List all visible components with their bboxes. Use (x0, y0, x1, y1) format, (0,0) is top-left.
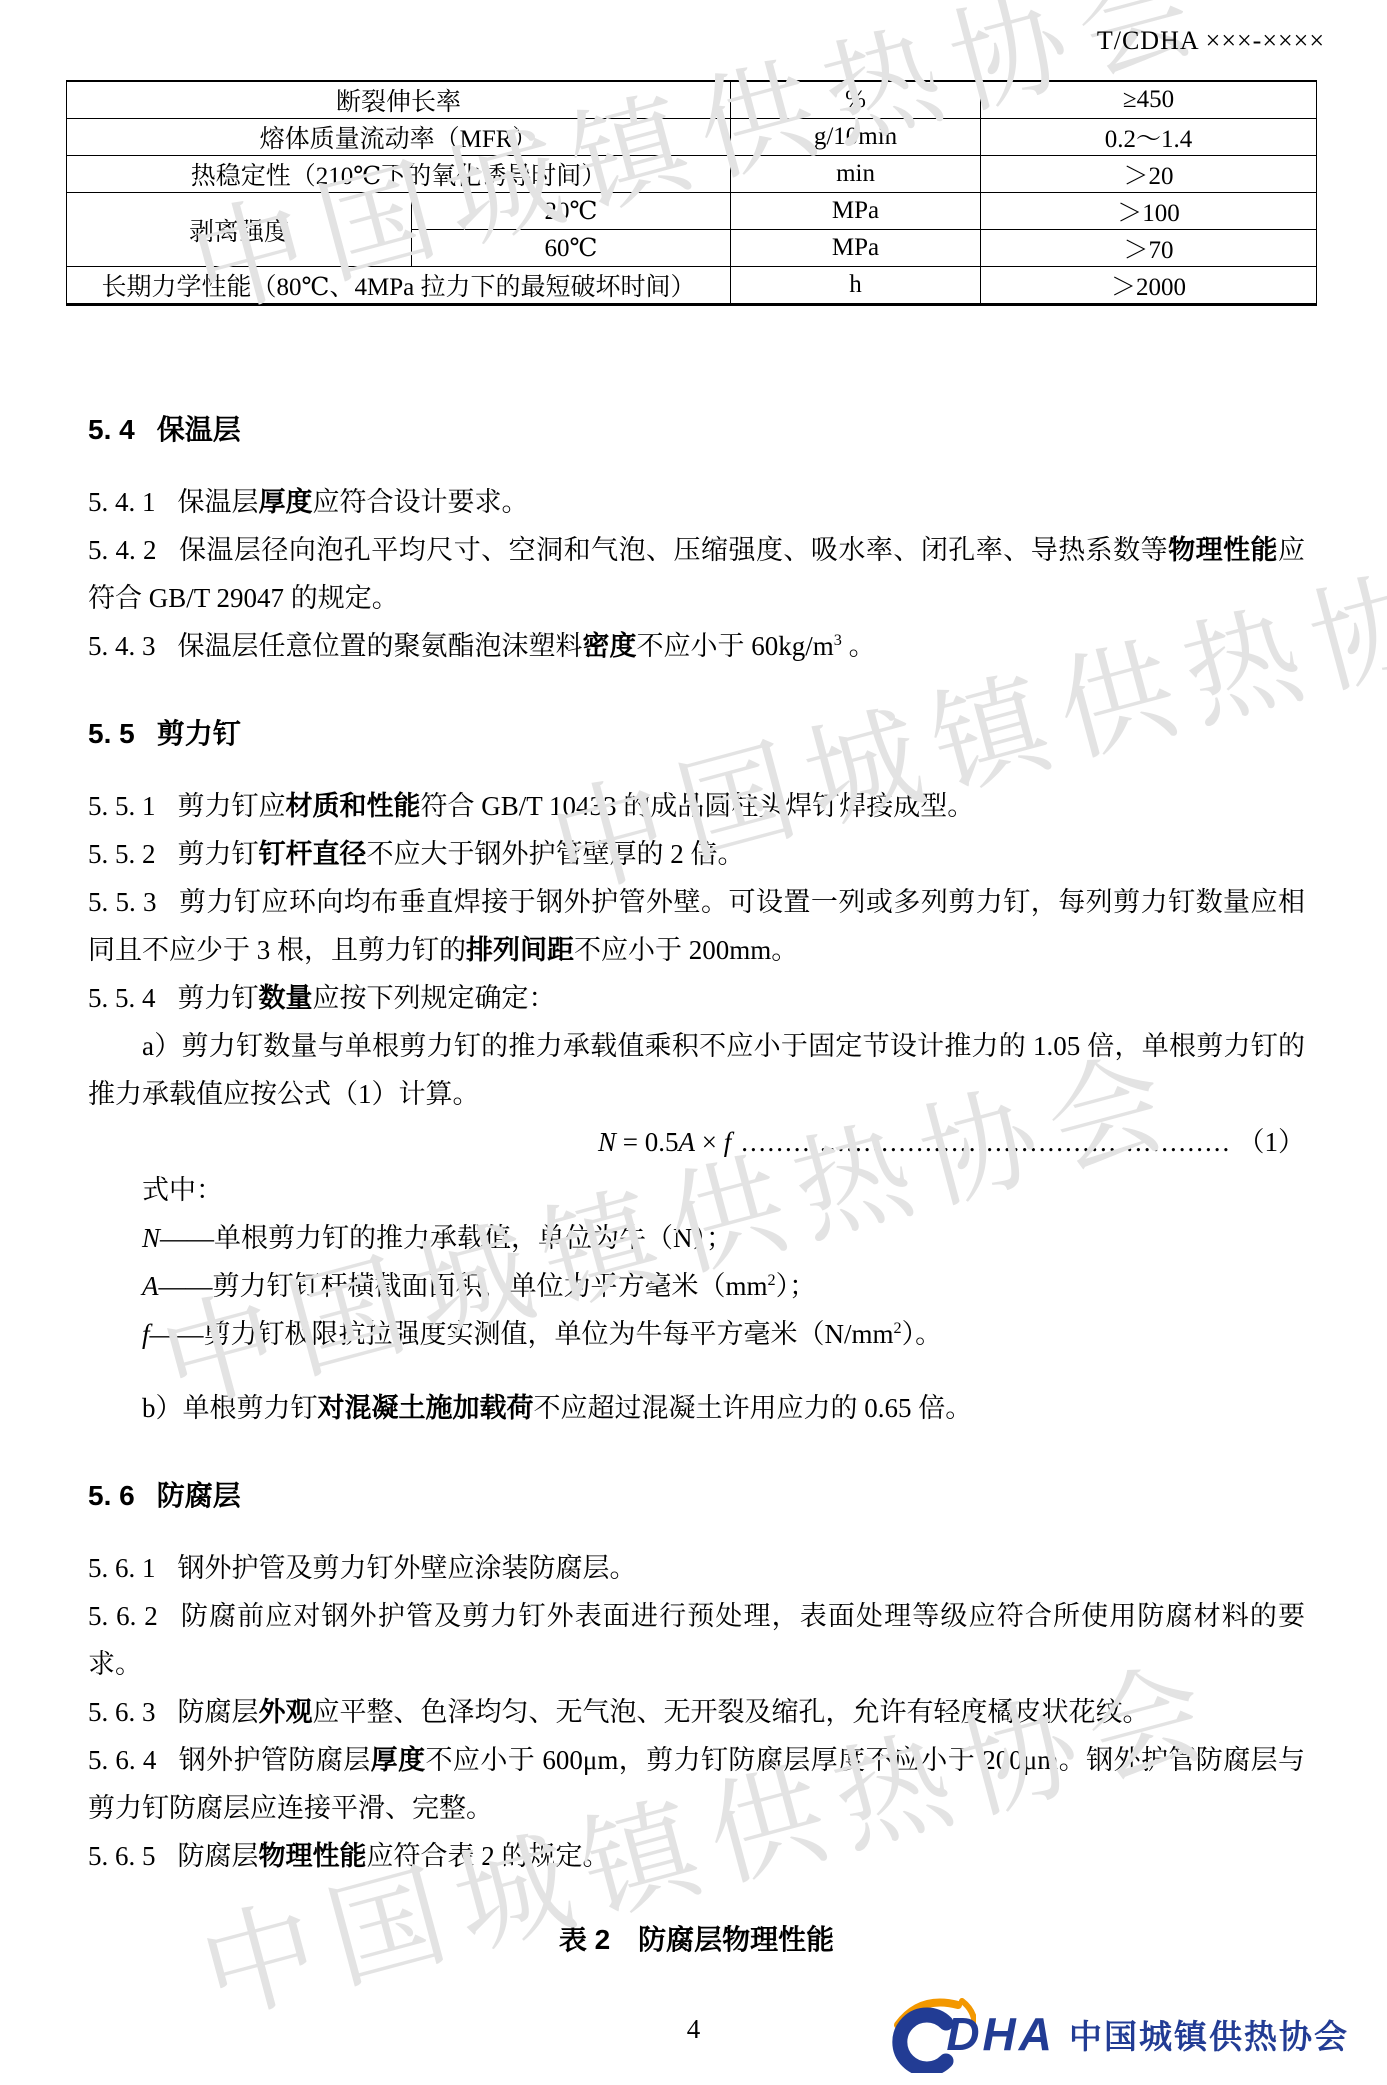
text-segment: N (598, 1127, 616, 1157)
clause-paragraph: 5. 5. 2剪力钉钉杆直径不应大于钢外护管壁厚的 2 倍。 (88, 830, 1305, 878)
formula-number: （1） (1238, 1118, 1306, 1166)
section-heading: 5. 4保温层 (88, 412, 1305, 448)
value-cell: ＞100 (981, 193, 1317, 230)
unit-cell: min (731, 156, 981, 193)
text-segment: 外观 (259, 1697, 313, 1727)
paragraph: a）剪力钉数量与单根剪力钉的推力承载值乘积不应小于固定节设计推力的 1.05 倍… (88, 1022, 1305, 1118)
text-segment: 密度 (583, 631, 637, 661)
property-cell: 剥离强度 (67, 193, 412, 267)
clause-number: 5. 6. 4 (88, 1745, 156, 1775)
text-segment: ）； (776, 1271, 817, 1301)
clause-paragraph: 5. 6. 4钢外护管防腐层厚度不应小于 600μm，剪力钉防腐层厚度不应小于 … (88, 1736, 1305, 1832)
text-segment: 防腐层 (178, 1697, 259, 1727)
text-segment: 符合 GB/T 10433 的成品圆柱头焊钉焊接成型。 (421, 791, 975, 821)
paragraph: f——剪力钉极限抗拉强度实测值，单位为牛每平方毫米（N/mm2）。 (88, 1310, 1305, 1358)
value-cell: ≥450 (981, 81, 1317, 119)
logo-abbr: DHA (946, 2007, 1055, 2061)
clause-number: 5. 5. 4 (88, 983, 156, 1013)
clause-number: 5. 6. 3 (88, 1697, 156, 1727)
text-segment: ）。 (902, 1319, 943, 1349)
text-segment: 3 (834, 631, 842, 649)
text-segment: 应按下列规定确定： (313, 983, 556, 1013)
text-segment: A (679, 1127, 696, 1157)
text-segment: 不应小于 200mm。 (574, 935, 798, 965)
text-segment: × (695, 1127, 724, 1157)
clause-number: 5. 6. 2 (88, 1601, 158, 1631)
section-number: 5. 6 (88, 1480, 135, 1511)
formula-body: N = 0.5A × f (598, 1118, 731, 1166)
cdha-logo: DHA 中国城镇供热协会 (868, 1995, 1349, 2073)
clause-paragraph: 5. 6. 3防腐层外观应平整、色泽均匀、无气泡、无开裂及缩孔，允许有轻度橘皮状… (88, 1688, 1305, 1736)
text-segment: 剪力钉应 (178, 791, 286, 821)
unit-cell: g/10min (731, 119, 981, 156)
text-segment: 对混凝土施加载荷 (318, 1393, 534, 1423)
clause-number: 5. 4. 2 (88, 535, 156, 565)
clause-paragraph: 5. 6. 5防腐层物理性能应符合表 2 的规定。 (88, 1832, 1305, 1880)
clause-number: 5. 5. 2 (88, 839, 156, 869)
clause-number: 5. 4. 1 (88, 487, 156, 517)
text-segment: 厚度 (259, 487, 313, 517)
clause-number: 5. 5. 3 (88, 887, 156, 917)
spec-table-body: 断裂伸长率%≥450熔体质量流动率（MFR）g/10min0.2～1.4热稳定性… (67, 81, 1317, 305)
document-body: 5. 4保温层5. 4. 1保温层厚度应符合设计要求。5. 4. 2保温层径向泡… (88, 412, 1305, 1960)
table-row: 长期力学性能（80℃、4MPa 拉力下的最短破坏时间）h＞2000 (67, 267, 1317, 305)
clause-paragraph: 5. 5. 3剪力钉应环向均布垂直焊接于钢外护管外壁。可设置一列或多列剪力钉，每… (88, 878, 1305, 974)
doc-code: T/CDHA ×××-×××× (1097, 26, 1325, 56)
logo-cn-text: 中国城镇供热协会 (1069, 2011, 1349, 2058)
text-segment: 不应小于 60kg/m (637, 631, 834, 661)
text-segment: 保温层径向泡孔平均尺寸、空洞和气泡、压缩强度、吸水率、闭孔率、导热系数等 (178, 535, 1168, 565)
text-segment: 式中： (142, 1175, 223, 1205)
text-segment: 2 (768, 1271, 776, 1289)
condition-cell: 20℃ (412, 193, 731, 230)
property-cell: 长期力学性能（80℃、4MPa 拉力下的最短破坏时间） (67, 267, 731, 305)
clause-paragraph: 5. 5. 4剪力钉数量应按下列规定确定： (88, 974, 1305, 1022)
value-cell: 0.2～1.4 (981, 119, 1317, 156)
text-segment: N (142, 1223, 160, 1253)
text-segment: 钢外护管防腐层 (178, 1745, 370, 1775)
value-cell: ＞2000 (981, 267, 1317, 305)
value-cell: ＞20 (981, 156, 1317, 193)
text-segment: 应平整、色泽均匀、无气泡、无开裂及缩孔，允许有轻度橘皮状花纹。 (313, 1697, 1150, 1727)
condition-cell: 60℃ (412, 230, 731, 267)
section-number: 5. 5 (88, 718, 135, 749)
table-row: 断裂伸长率%≥450 (67, 81, 1317, 119)
text-segment: 不应超过混凝土许用应力的 0.65 倍。 (534, 1393, 973, 1423)
clause-number: 5. 4. 3 (88, 631, 156, 661)
unit-cell: % (731, 81, 981, 119)
text-segment: 材质和性能 (286, 791, 421, 821)
property-cell: 热稳定性（210℃下的氧化诱导时间） (67, 156, 731, 193)
clause-paragraph: 5. 6. 2防腐前应对钢外护管及剪力钉外表面进行预处理，表面处理等级应符合所使… (88, 1592, 1305, 1688)
clause-paragraph: 5. 4. 2保温层径向泡孔平均尺寸、空洞和气泡、压缩强度、吸水率、闭孔率、导热… (88, 526, 1305, 622)
section-title: 剪力钉 (157, 718, 241, 749)
section-number: 5. 4 (88, 414, 135, 445)
table2-caption: 表 2 防腐层物理性能 (88, 1920, 1305, 1960)
text-segment: 应符合设计要求。 (313, 487, 529, 517)
text-segment: ——单根剪力钉的推力承载值，单位为牛（N）； (160, 1223, 733, 1253)
text-segment: 2 (894, 1319, 902, 1337)
clause-number: 5. 6. 5 (88, 1841, 156, 1871)
text-segment: 物理性能 (1168, 535, 1278, 565)
text-segment: 应符合表 2 的规定。 (367, 1841, 610, 1871)
text-segment: 剪力钉 (178, 839, 259, 869)
clause-number: 5. 5. 1 (88, 791, 156, 821)
text-segment: = 0.5 (616, 1127, 678, 1157)
text-segment: 钢外护管及剪力钉外壁应涂装防腐层。 (178, 1553, 637, 1583)
text-segment: ——剪力钉钉杆横截面面积，单位为平方毫米（mm (159, 1271, 768, 1301)
text-segment: 。 (842, 631, 876, 661)
text-segment: 厚度 (371, 1745, 426, 1775)
table-row: 剥离强度20℃MPa＞100 (67, 193, 1317, 230)
text-segment: 保温层任意位置的聚氨酯泡沫塑料 (178, 631, 583, 661)
table-row: 热稳定性（210℃下的氧化诱导时间）min＞20 (67, 156, 1317, 193)
paragraph: 式中： (88, 1166, 1305, 1214)
section-title: 保温层 (157, 414, 241, 445)
paragraph: N——单根剪力钉的推力承载值，单位为牛（N）； (88, 1214, 1305, 1262)
clause-paragraph: 5. 4. 3保温层任意位置的聚氨酯泡沫塑料密度不应小于 60kg/m3 。 (88, 622, 1305, 670)
text-segment: 防腐层 (178, 1841, 259, 1871)
paragraph: b）单根剪力钉对混凝土施加载荷不应超过混凝土许用应力的 0.65 倍。 (88, 1384, 1305, 1432)
value-cell: ＞70 (981, 230, 1317, 267)
property-cell: 断裂伸长率 (67, 81, 731, 119)
table-row: 熔体质量流动率（MFR）g/10min0.2～1.4 (67, 119, 1317, 156)
text-segment: 钉杆直径 (259, 839, 367, 869)
paragraph: A——剪力钉钉杆横截面面积，单位为平方毫米（mm2）； (88, 1262, 1305, 1310)
section-heading: 5. 6防腐层 (88, 1478, 1305, 1514)
formula-leader: ........................................… (741, 1118, 1231, 1166)
clause-number: 5. 6. 1 (88, 1553, 156, 1583)
clause-paragraph: 5. 6. 1钢外护管及剪力钉外壁应涂装防腐层。 (88, 1544, 1305, 1592)
clause-paragraph: 5. 5. 1剪力钉应材质和性能符合 GB/T 10433 的成品圆柱头焊钉焊接… (88, 782, 1305, 830)
text-segment: 防腐前应对钢外护管及剪力钉外表面进行预处理，表面处理等级应符合所使用防腐材料的要… (88, 1601, 1305, 1679)
text-segment: 保温层 (178, 487, 259, 517)
text-segment: 表 2 防腐层物理性能 (559, 1924, 834, 1955)
text-segment: 物理性能 (259, 1841, 367, 1871)
clause-paragraph: 5. 4. 1保温层厚度应符合设计要求。 (88, 478, 1305, 526)
formula-line: N = 0.5A × f............................… (88, 1118, 1305, 1166)
text-segment: ——剪力钉极限抗拉强度实测值，单位为牛每平方毫米（N/mm (150, 1319, 894, 1349)
text-segment: 数量 (259, 983, 313, 1013)
unit-cell: MPa (731, 193, 981, 230)
property-cell: 熔体质量流动率（MFR） (67, 119, 731, 156)
text-segment: 排列间距 (466, 935, 574, 965)
text-segment: a）剪力钉数量与单根剪力钉的推力承载值乘积不应小于固定节设计推力的 1.05 倍… (88, 1031, 1305, 1109)
spacer (0, 306, 1387, 366)
section-heading: 5. 5剪力钉 (88, 716, 1305, 752)
text-segment: A (142, 1271, 159, 1301)
text-segment: f (142, 1319, 150, 1349)
text-segment: 剪力钉 (178, 983, 259, 1013)
text-segment: f (724, 1127, 732, 1157)
unit-cell: h (731, 267, 981, 305)
text-segment: 不应大于钢外护管壁厚的 2 倍。 (367, 839, 745, 869)
document-page: 中国城镇供热协会 中国城镇供热协会 中国城镇供热协会 中国城镇供热协会 T/CD… (0, 0, 1387, 2085)
spec-table: 断裂伸长率%≥450熔体质量流动率（MFR）g/10min0.2～1.4热稳定性… (66, 80, 1317, 306)
unit-cell: MPa (731, 230, 981, 267)
text-segment: b）单根剪力钉 (142, 1393, 318, 1423)
section-title: 防腐层 (157, 1480, 241, 1511)
